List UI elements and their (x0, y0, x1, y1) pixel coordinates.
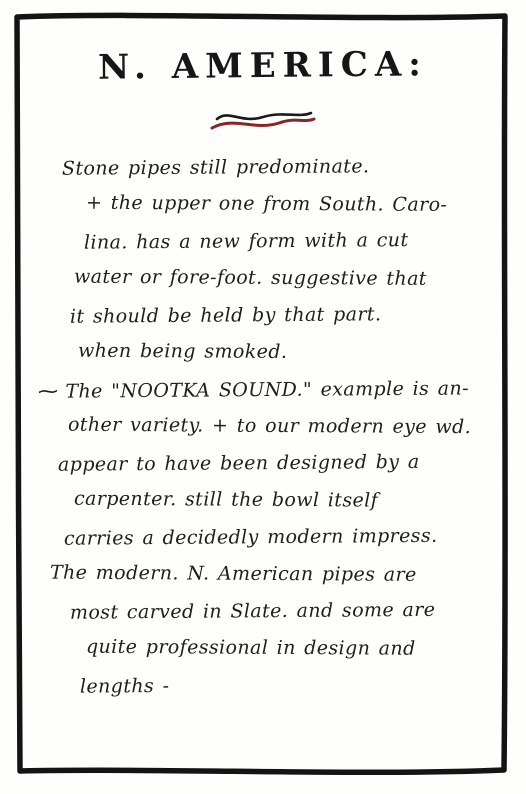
manuscript-line: appear to have been designed by a (58, 443, 506, 484)
manuscript-line: + the upper one from South. Caro- (86, 185, 506, 225)
title-flourish-icon (207, 106, 319, 136)
manuscript-line: The modern. N. American pipes are (50, 555, 506, 595)
manuscript-line: other variety. + to our modern eye wd. (68, 407, 506, 447)
page-title: N. AMERICA: (0, 43, 526, 89)
manuscript-line: quite professional in design and (86, 629, 506, 669)
manuscript-line: lengths - (80, 665, 506, 705)
manuscript-line-text: The "NOOTKA SOUND." example is an- (65, 377, 469, 402)
paragraph-swash-icon: ⁓ (38, 379, 59, 403)
manuscript-line: when being smoked. (78, 333, 506, 373)
manuscript-line: water or fore-foot. suggestive that (74, 259, 506, 299)
manuscript-line: carries a decidedly modern impress. (64, 517, 506, 557)
manuscript-line: carpenter. still the bowl itself (74, 481, 506, 521)
manuscript-line: lina. has a new form with a cut (84, 221, 506, 261)
manuscript-page: N. AMERICA: Stone pipes still predominat… (0, 0, 526, 794)
manuscript-line: ⁓The "NOOTKA SOUND." example is an- (38, 369, 506, 410)
manuscript-line: most carved in Slate. and some are (70, 591, 506, 631)
manuscript-text: Stone pipes still predominate. + the upp… (0, 149, 506, 704)
manuscript-line: it should be held by that part. (70, 295, 506, 335)
manuscript-line: Stone pipes still predominate. (62, 147, 506, 187)
